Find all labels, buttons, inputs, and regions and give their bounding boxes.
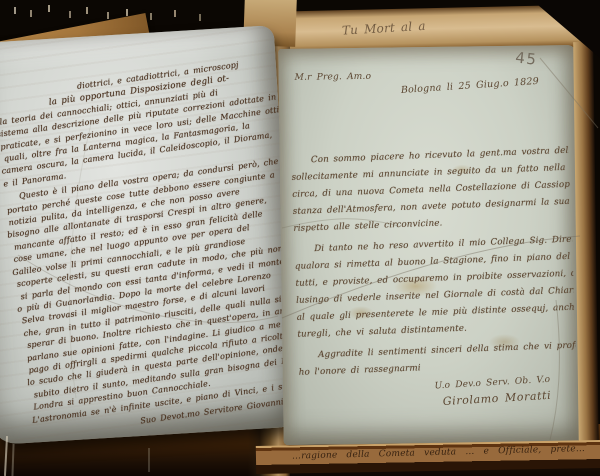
manuscript-photo: Tu Mort al a diottrici, e catadiottrici,…: [0, 0, 600, 476]
letter-paragraph: Di tanto ne ho reso avvertito il mio Col…: [294, 232, 576, 344]
page-edge-specks: [14, 7, 16, 14]
binding-thread: [148, 448, 150, 472]
archive-pencil-number: 45: [514, 48, 538, 68]
letter-greeting: M.r Preg. Am.o: [295, 72, 372, 83]
right-page-stack-edge: [573, 42, 599, 446]
letter-paragraph: Con sommo piacere ho ricevuto la gent.ma…: [291, 143, 572, 238]
left-page-handwriting: diottrici, e catadiottrici, a microscopj…: [0, 56, 298, 442]
top-edge-writing: Tu Mort al a: [342, 19, 426, 38]
letter-closing: U.o Dev.o Serv. Ob. V.o Girolamo Moratti: [435, 375, 552, 409]
left-manuscript-page: diottrici, e catadiottrici, a microscopj…: [0, 25, 298, 445]
right-letter-page: 45 M.r Preg. Am.o Bologna li 25 Giug.o 1…: [278, 45, 582, 445]
letter-dateline: Bologna li 25 Giug.o 1829: [401, 76, 540, 96]
bottom-edge-writing: …ragione della Cometa veduta … e Officia…: [292, 444, 585, 462]
bottom-leaf-edge: …ragione della Cometa veduta … e Officia…: [256, 440, 600, 474]
letter-body: Con sommo piacere ho ricevuto la gent.ma…: [291, 143, 577, 382]
letter-signature: Girolamo Moratti: [435, 389, 551, 409]
